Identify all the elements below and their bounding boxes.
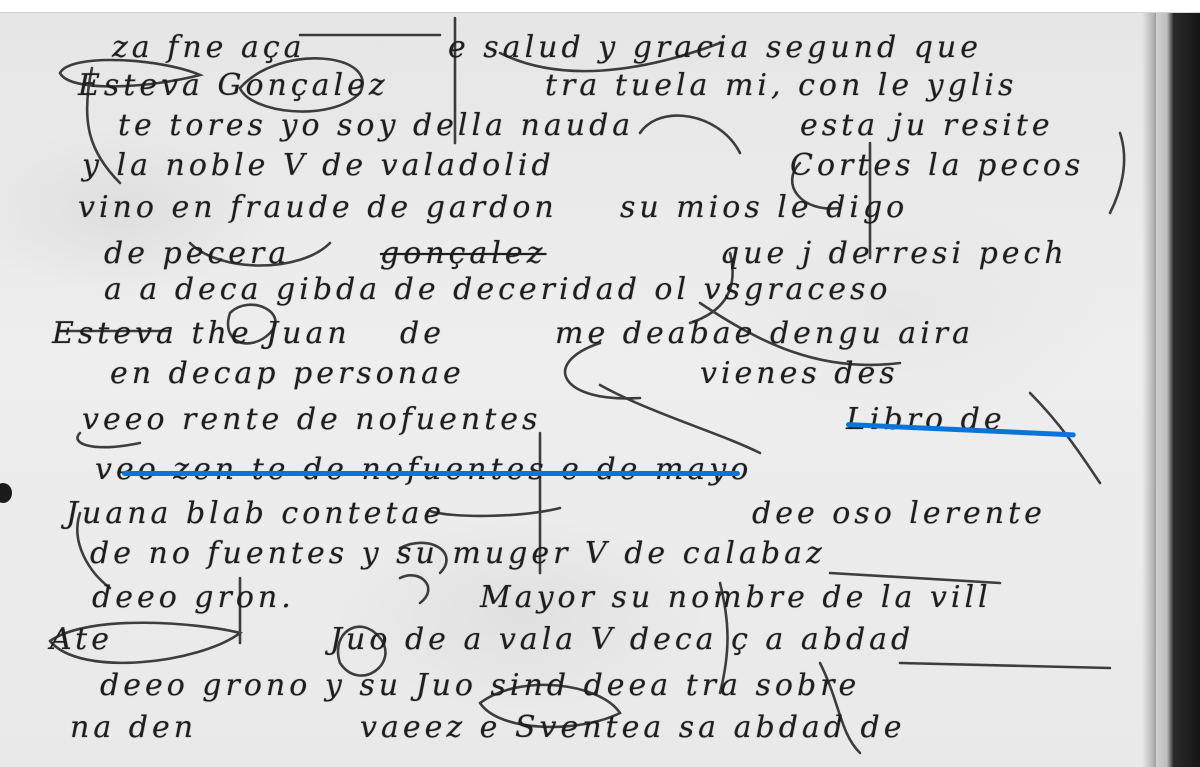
handwritten-text: Juana blab contetae	[66, 499, 445, 529]
handwritten-text: dee oso lerente	[752, 499, 1046, 529]
handwritten-text: en decap personae	[110, 359, 465, 389]
handwritten-text: veo zen te de nofuentes e de mayo	[95, 455, 752, 485]
handwritten-text: Mayor su nombre de la vill	[480, 583, 992, 613]
handwritten-text: gonçalez	[380, 239, 546, 269]
handwritten-text: su mios le digo	[620, 193, 908, 223]
handwritten-text: veeo rente de nofuentes	[82, 405, 541, 435]
handwritten-text: Esteva Gonçalez	[78, 71, 389, 101]
handwritten-text: esta ju resite	[800, 111, 1054, 141]
handwritten-text: de pecera	[104, 239, 290, 269]
handwritten-text: na den	[70, 713, 197, 743]
handwritten-text: za fne aça	[112, 33, 306, 63]
manuscript-page: za fne açae salud y gracia segund queEst…	[0, 13, 1200, 767]
handwritten-text: vienes des	[700, 359, 899, 389]
underline-nofuentes-annotation[interactable]	[122, 471, 740, 476]
handwritten-text: Juo de a vala V deca ç a abdad	[330, 625, 914, 655]
viewer-top-bar	[0, 0, 1200, 13]
handwritten-text: Esteva the Juan	[52, 319, 351, 349]
handwritten-text: Ate	[50, 625, 113, 655]
handwritten-text: a a deca gibda de deceridad ol vsgraceso	[104, 275, 891, 305]
binding-shadow	[1156, 13, 1200, 767]
handwritten-text: Cortes la pecos	[790, 151, 1084, 181]
handwritten-text: de no fuentes y su muger V de calabaz	[90, 539, 826, 569]
handwritten-text: vaeez e Sventea sa abdad de	[360, 713, 905, 743]
handwritten-text: me deabae dengu aira	[555, 319, 974, 349]
handwritten-text: vino en fraude de gardon	[78, 193, 558, 223]
handwritten-text: tra tuela mi, con le yglis	[545, 71, 1017, 101]
handwritten-text: de	[400, 319, 445, 349]
handwritten-text: y la noble V de valadolid	[82, 151, 555, 181]
handwritten-text: deeo grono y su Juo sind deea tra sobre	[100, 671, 860, 701]
handwritten-text: que j derresi pech	[720, 239, 1068, 269]
handwritten-text: deeo gron.	[92, 583, 295, 613]
handwritten-text: e salud y gracia segund que	[448, 33, 982, 63]
handwritten-text: te tores yo soy della nauda	[118, 111, 634, 141]
binding-hole-mark	[0, 483, 12, 503]
